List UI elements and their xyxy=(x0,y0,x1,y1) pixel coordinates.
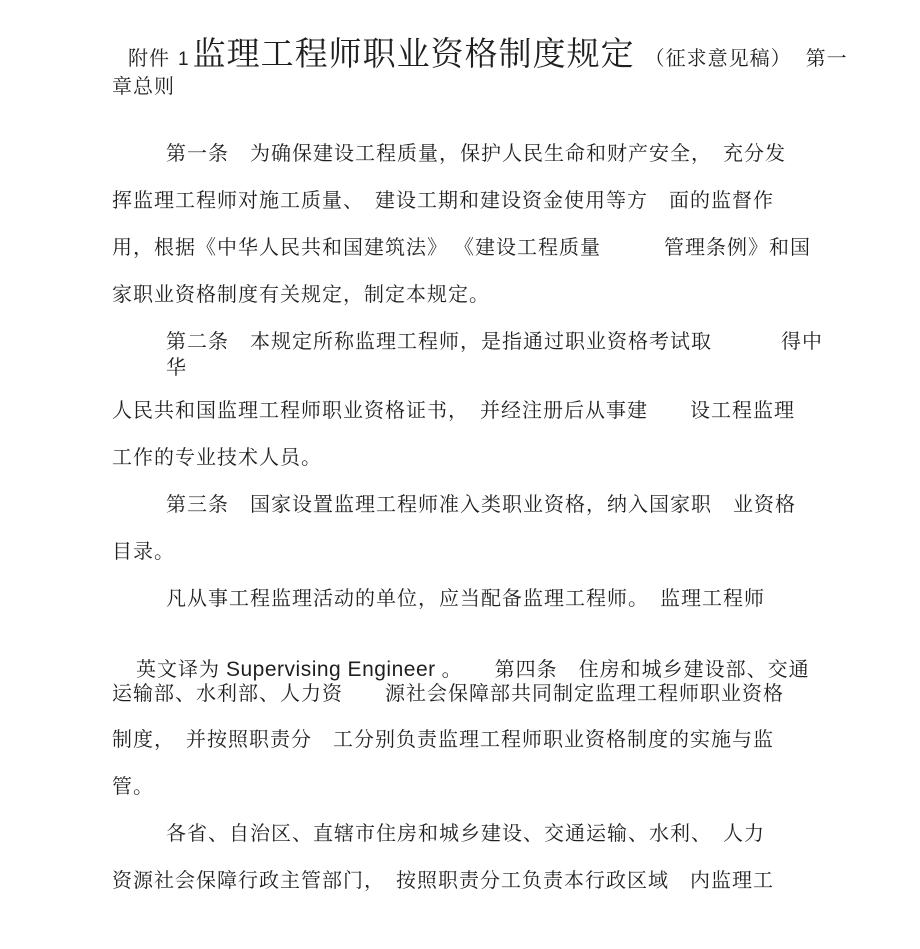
body-line-1: 第一条 为确保建设工程质量，保护人民生命和财产安全， 充分发 xyxy=(166,142,786,166)
body-line-16: 各省、自治区、直辖市住房和城乡建设、交通运输、水利、 人力 xyxy=(166,822,765,846)
body-line-4: 家职业资格制度有关规定，制定本规定。 xyxy=(112,283,490,307)
attachment-number: 1 xyxy=(178,49,189,70)
body-line-2: 挥监理工程师对施工质量、 建设工期和建设资金使用等方 面的监督作 xyxy=(112,189,774,213)
attachment-label: 附件 xyxy=(128,48,170,70)
body-line-8: 工作的专业技术人员。 xyxy=(112,446,322,470)
document-title: 附件1监理工程师职业资格制度规定（征求意见稿）第一 xyxy=(112,10,848,93)
body-line-13: 运输部、水利部、人力资 源社会保障部共同制定监理工程师职业资格 xyxy=(112,682,784,706)
body-line-10: 目录。 xyxy=(112,540,175,564)
chapter-heading-start: 第一 xyxy=(806,48,848,70)
body-line-14: 制度， 并按照职责分 工分别负责监理工程师职业资格制度的实施与监 xyxy=(112,728,774,752)
english-term: Supervising Engineer xyxy=(226,658,436,681)
document-page: 附件1监理工程师职业资格制度规定（征求意见稿）第一 章总则 第一条 为确保建设工… xyxy=(0,0,920,949)
title-main: 监理工程师职业资格制度规定 xyxy=(193,37,635,73)
body-line-17: 资源社会保障行政主管部门， 按照职责分工负责本行政区域 内监理工 xyxy=(112,869,774,893)
english-label: 英文译为 xyxy=(136,659,226,681)
body-line-6: 华 xyxy=(166,356,187,380)
draft-note: （征求意见稿） xyxy=(645,48,792,70)
body-line-3: 用，根据《中华人民共和国建筑法》 《建设工程质量 管理条例》和国 xyxy=(112,236,811,260)
body-line-5: 第二条 本规定所称监理工程师，是指通过职业资格考试取 得中 xyxy=(166,330,823,354)
body-line-12-tail: 。 第四条 住房和城乡建设部、交通 xyxy=(436,659,810,681)
chapter-heading-line2: 章总则 xyxy=(112,75,175,99)
body-line-7: 人民共和国监理工程师职业资格证书， 并经注册后从事建 设工程监理 xyxy=(112,399,795,423)
body-line-15: 管。 xyxy=(112,775,154,799)
body-line-9: 第三条 国家设置监理工程师准入类职业资格，纳入国家职 业资格 xyxy=(166,493,796,517)
body-line-11: 凡从事工程监理活动的单位，应当配备监理工程师。 监理工程师 xyxy=(166,587,765,611)
